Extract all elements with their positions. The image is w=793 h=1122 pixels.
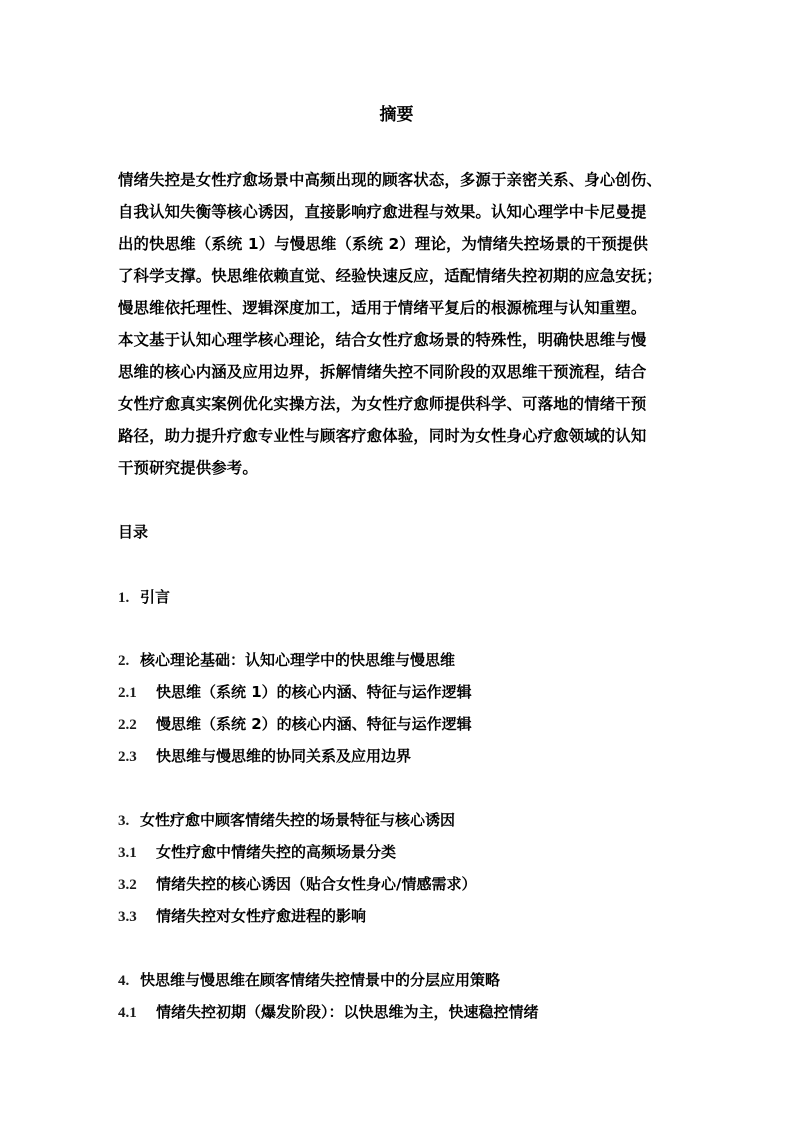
- toc-number: 4.: [118, 969, 140, 993]
- abstract-line: 自我认知失衡等核心诱因，直接影响疗愈进程与效果。认知心理学中卡尼曼提: [118, 199, 678, 231]
- toc-number: 2.1: [118, 681, 156, 705]
- toc-text: 慢思维（系统 2）的核心内涵、特征与运作逻辑: [156, 715, 472, 733]
- toc-text: 引言: [140, 588, 170, 606]
- toc-item-3-2: 3.2情绪失控的核心诱因（贴合女性身心/情感需求）: [118, 872, 476, 897]
- toc-number: 1.: [118, 586, 140, 610]
- toc-number: 2.2: [118, 713, 156, 737]
- toc-number: 2.: [118, 649, 140, 673]
- toc-number: 3.: [118, 809, 140, 833]
- toc-text: 女性疗愈中顾客情绪失控的场景特征与核心诱因: [140, 811, 455, 829]
- toc-item-3-3: 3.3情绪失控对女性疗愈进程的影响: [118, 904, 366, 929]
- abstract-line: 思维的核心内涵及应用边界，拆解情绪失控不同阶段的双思维干预流程，结合: [118, 359, 678, 391]
- abstract-line: 干预研究提供参考。: [118, 455, 678, 487]
- toc-item-2-1: 2.1快思维（系统 1）的核心内涵、特征与运作逻辑: [118, 680, 472, 705]
- toc-number: 4.1: [118, 1001, 156, 1025]
- toc-number: 2.3: [118, 745, 156, 769]
- toc-text: 情绪失控对女性疗愈进程的影响: [156, 907, 366, 925]
- toc-item-1: 1.引言: [118, 585, 170, 610]
- toc-text: 情绪失控初期（爆发阶段）：以快思维为主，快速稳控情绪: [156, 1003, 539, 1021]
- toc-item-2: 2.核心理论基础：认知心理学中的快思维与慢思维: [118, 648, 455, 673]
- abstract-body: 情绪失控是女性疗愈场景中高频出现的顾客状态，多源于亲密关系、身心创伤、 自我认知…: [118, 167, 678, 487]
- abstract-line: 本文基于认知心理学核心理论，结合女性疗愈场景的特殊性，明确快思维与慢: [118, 327, 678, 359]
- toc-text: 快思维（系统 1）的核心内涵、特征与运作逻辑: [156, 683, 472, 701]
- toc-item-2-2: 2.2慢思维（系统 2）的核心内涵、特征与运作逻辑: [118, 712, 472, 737]
- abstract-title: 摘要: [0, 103, 793, 127]
- toc-item-2-3: 2.3快思维与慢思维的协同关系及应用边界: [118, 744, 411, 769]
- document-page: 摘要 情绪失控是女性疗愈场景中高频出现的顾客状态，多源于亲密关系、身心创伤、 自…: [0, 0, 793, 1122]
- abstract-line: 慢思维依托理性、逻辑深度加工，适用于情绪平复后的根源梳理与认知重塑。: [118, 295, 678, 327]
- toc-text: 快思维与慢思维的协同关系及应用边界: [156, 747, 411, 765]
- toc-text: 核心理论基础：认知心理学中的快思维与慢思维: [140, 651, 455, 669]
- toc-number: 3.1: [118, 841, 156, 865]
- abstract-line: 了科学支撑。快思维依赖直觉、经验快速反应，适配情绪失控初期的应急安抚；: [118, 263, 678, 295]
- toc-text: 女性疗愈中情绪失控的高频场景分类: [156, 843, 396, 861]
- toc-item-3: 3.女性疗愈中顾客情绪失控的场景特征与核心诱因: [118, 808, 455, 833]
- toc-item-4-1: 4.1情绪失控初期（爆发阶段）：以快思维为主，快速稳控情绪: [118, 1000, 539, 1025]
- toc-number: 3.2: [118, 873, 156, 897]
- abstract-line: 女性疗愈真实案例优化实操方法，为女性疗愈师提供科学、可落地的情绪干预: [118, 391, 678, 423]
- abstract-line: 出的快思维（系统 1）与慢思维（系统 2）理论，为情绪失控场景的干预提供: [118, 231, 678, 263]
- abstract-line: 情绪失控是女性疗愈场景中高频出现的顾客状态，多源于亲密关系、身心创伤、: [118, 167, 678, 199]
- toc-text: 快思维与慢思维在顾客情绪失控情景中的分层应用策略: [140, 971, 500, 989]
- toc-number: 3.3: [118, 905, 156, 929]
- toc-item-4: 4.快思维与慢思维在顾客情绪失控情景中的分层应用策略: [118, 968, 500, 993]
- toc-heading: 目录: [118, 520, 148, 544]
- toc-item-3-1: 3.1女性疗愈中情绪失控的高频场景分类: [118, 840, 396, 865]
- abstract-line: 路径，助力提升疗愈专业性与顾客疗愈体验，同时为女性身心疗愈领域的认知: [118, 423, 678, 455]
- toc-text: 情绪失控的核心诱因（贴合女性身心/情感需求）: [156, 875, 476, 893]
